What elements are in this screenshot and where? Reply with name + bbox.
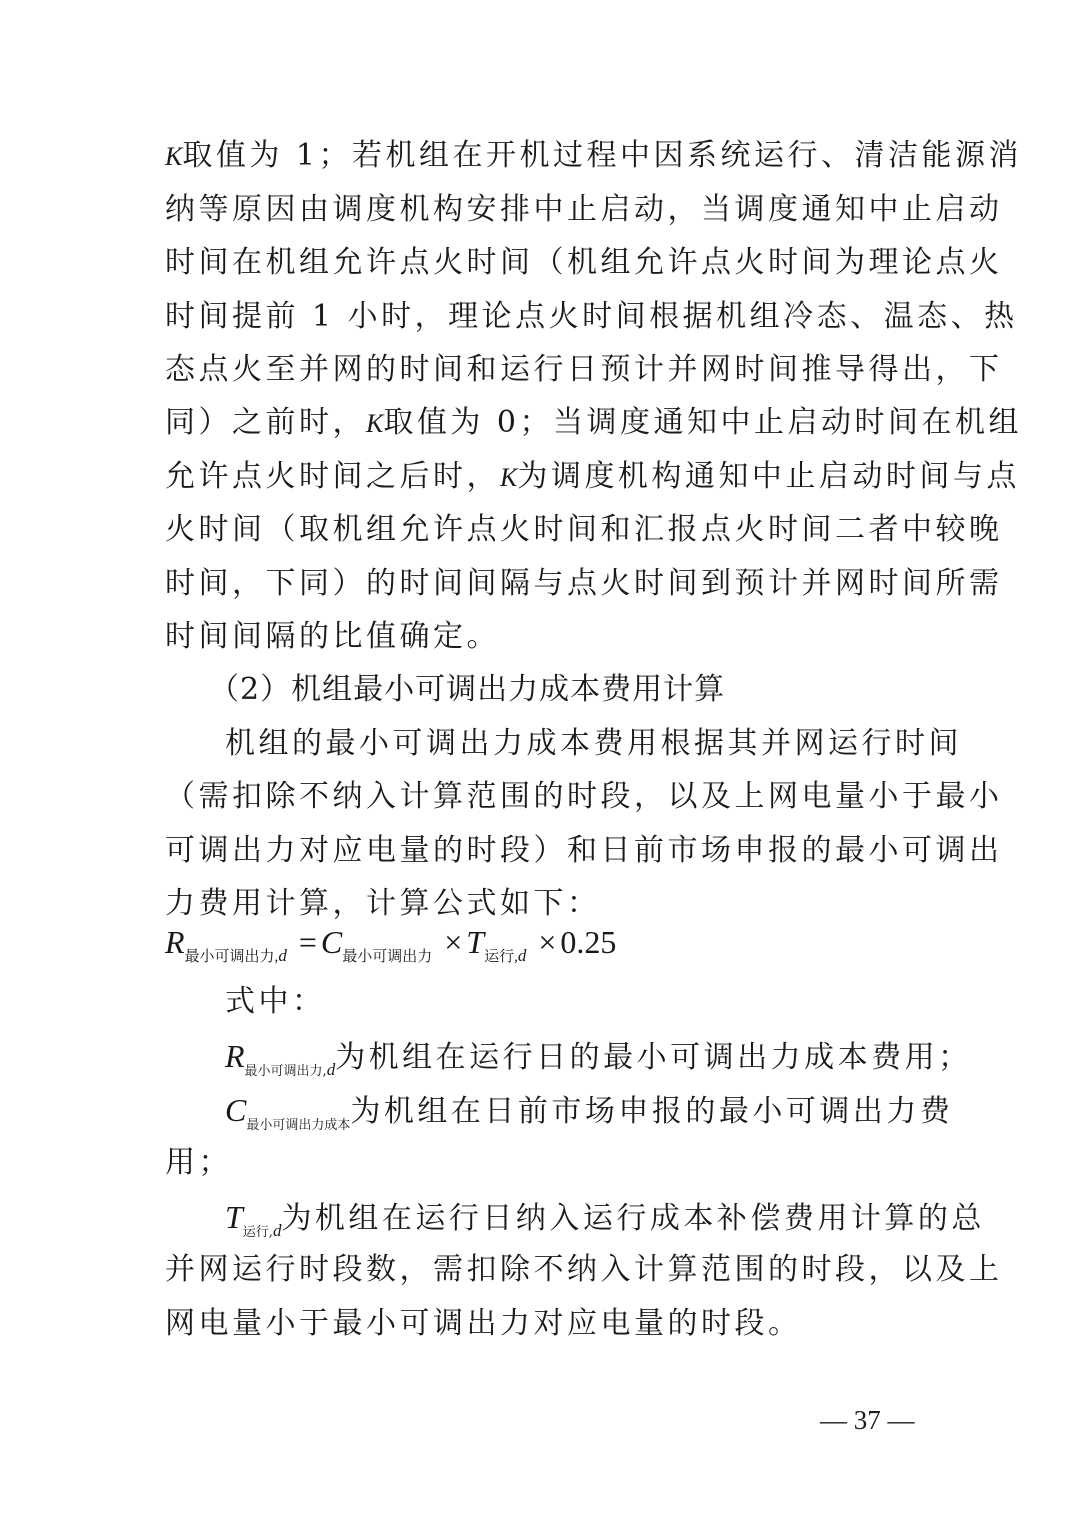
body-line: 同）之前时，K取值为 0；当调度通知中止启动时间在机组 (165, 403, 915, 443)
definition-c: C最小可调出力成本为机组在日前市场申报的最小可调出力费 (225, 1090, 915, 1138)
body-line: 力费用计算，计算公式如下： (165, 884, 915, 924)
page-number: — 37 — (820, 1404, 915, 1436)
variable-k: K (366, 409, 383, 438)
body-line: 可调出力对应电量的时段）和日前市场申报的最小可调出 (165, 831, 915, 871)
body-line: 允许点火时间之后时，K为调度机构通知中止启动时间与点 (165, 457, 915, 497)
body-line: K取值为 1；若机组在开机过程中因系统运行、清洁能源消 (165, 136, 915, 176)
where-label: 式中： (165, 982, 915, 1022)
variable-k: K (165, 142, 182, 171)
body-line: 态点火至并网的时间和运行日预计并网时间推导得出，下 (165, 350, 915, 390)
variable-k: K (500, 463, 517, 492)
body-line: 纳等原因由调度机构安排中止启动，当调度通知中止启动 (165, 190, 915, 230)
formula: R最小可调出力,d =C最小可调出力 ×T运行,d ×0.25 (165, 922, 616, 969)
body-line: 机组的最小可调出力成本费用根据其并网运行时间 (165, 724, 915, 764)
body-line: 火时间（取机组允许点火时间和汇报点火时间二者中较晚 (165, 510, 915, 550)
section-heading: （2）机组最小可调出力成本费用计算 (165, 670, 915, 710)
body-line: 时间提前 1 小时，理论点火时间根据机组冷态、温态、热 (165, 297, 915, 337)
body-line: 时间在机组允许点火时间（机组允许点火时间为理论点火 (165, 243, 915, 283)
definition-t: T运行,d为机组在运行日纳入运行成本补偿费用计算的总 (225, 1197, 915, 1245)
definition-r: R最小可调出力,d为机组在运行日的最小可调出力成本费用； (225, 1036, 915, 1084)
body-line: 并网运行时段数，需扣除不纳入计算范围的时段，以及上 (165, 1250, 915, 1290)
body-line: 时间，下同）的时间间隔与点火时间到预计并网时间所需 (165, 564, 915, 604)
body-line: 网电量小于最小可调出力对应电量的时段。 (165, 1304, 915, 1344)
body-line: 用； (165, 1143, 915, 1183)
body-line: （需扣除不纳入计算范围的时段，以及上网电量小于最小 (165, 777, 915, 817)
body-line: 时间间隔的比值确定。 (165, 617, 915, 657)
